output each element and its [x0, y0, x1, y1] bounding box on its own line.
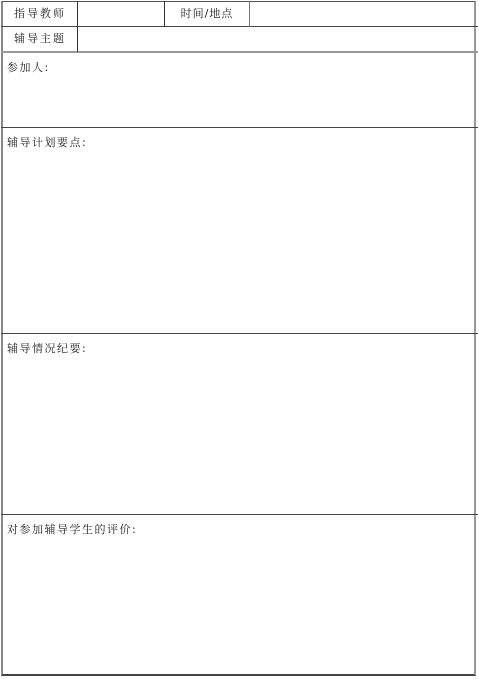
plan-points-label: 辅导计划要点:: [7, 134, 87, 150]
section-divider: [1, 514, 478, 515]
participants-field[interactable]: [3, 76, 475, 126]
time-place-field[interactable]: [250, 2, 476, 26]
summary-label: 辅导情况纪要:: [7, 340, 87, 356]
section-divider: [1, 333, 478, 334]
row-divider: [1, 51, 478, 53]
topic-label: 辅导主题: [3, 26, 77, 51]
summary-field[interactable]: [3, 357, 475, 513]
participants-label: 参加人:: [7, 59, 50, 75]
evaluation-label: 对参加辅导学生的评价:: [7, 521, 137, 537]
teacher-label: 指导教师: [3, 1, 77, 26]
teacher-field[interactable]: [78, 2, 164, 26]
section-divider: [1, 127, 478, 128]
plan-points-field[interactable]: [3, 151, 475, 332]
time-place-label: 时间/地点: [165, 1, 249, 26]
evaluation-field[interactable]: [3, 538, 475, 674]
topic-field[interactable]: [78, 27, 476, 51]
